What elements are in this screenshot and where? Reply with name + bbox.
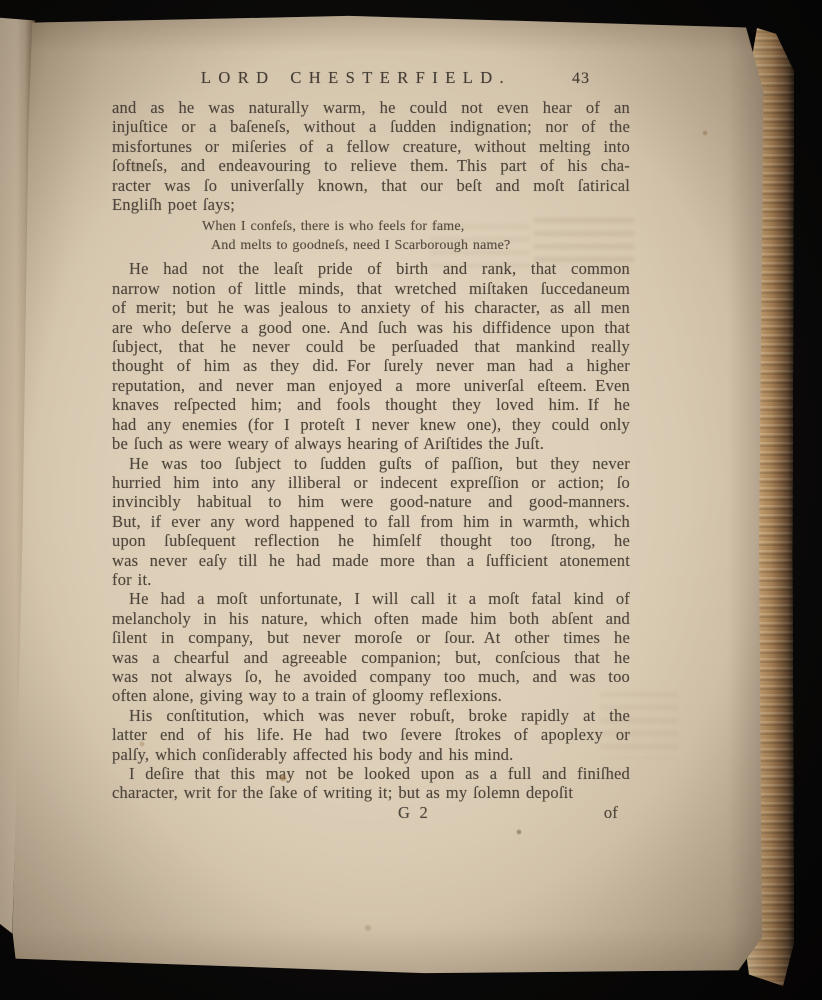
text-line: thought of him as they did. For ſurely n…: [112, 356, 630, 375]
text-line: But, if ever any word happened to fall f…: [112, 512, 630, 531]
text-line: palſy, which conſiderably affected his b…: [112, 745, 630, 764]
text-line: reputation, and never man enjoyed a more…: [112, 376, 630, 395]
paragraph-continuation: and as he was naturally warm, he could n…: [112, 98, 630, 214]
running-header-title: LORD CHESTERFIELD.: [112, 68, 630, 87]
text-line: be ſuch as were weary of always hearing …: [112, 434, 630, 453]
running-header: LORD CHESTERFIELD. 43: [112, 68, 630, 94]
text-line: Engliſh poet ſays;: [112, 195, 630, 214]
signature-mark: G 2: [398, 803, 430, 822]
paragraph-constitution: His conſtitution, which was never robuſt…: [112, 706, 630, 764]
page-number: 43: [572, 69, 590, 88]
printed-text-block: LORD CHESTERFIELD. 43 and as he was natu…: [112, 68, 630, 823]
text-line: for it.: [112, 570, 630, 589]
text-line: upon ſubſequent reflection he himſelf th…: [112, 531, 630, 550]
text-line: had any enemies (for I proteſt I never k…: [112, 415, 630, 434]
book-photograph: LORD CHESTERFIELD. 43 and as he was natu…: [0, 0, 822, 1000]
text-line: I deſire that this may not be looked upo…: [112, 764, 630, 783]
text-line: His conſtitution, which was never robuſt…: [112, 706, 630, 725]
text-line: hurried him into any illiberal or indece…: [112, 473, 630, 492]
text-line: was not always ſo, he avoided company to…: [112, 667, 630, 686]
text-line: When I confeſs, there is who feels for f…: [202, 218, 630, 237]
text-line: character, writ for the ſake of writing …: [112, 783, 630, 802]
paragraph-pride-of-birth: He had not the leaſt pride of birth and …: [112, 259, 630, 453]
paragraph-melancholy: He had a moſt unfortunate, I will call i…: [112, 589, 630, 705]
text-line: invincibly habitual to him were good-nat…: [112, 492, 630, 511]
text-line: latter end of his life. He had two ſever…: [112, 725, 630, 744]
text-line: was a chearful and agreeable companion; …: [112, 648, 630, 667]
text-line: racter was ſo univerſally known, that ou…: [112, 176, 630, 195]
text-line: He had not the leaſt pride of birth and …: [112, 259, 630, 278]
text-line: And melts to goodneſs, need I Scarboroug…: [202, 237, 630, 256]
text-line: often alone, giving way to a train of gl…: [112, 686, 630, 705]
paragraph-desire: I deſire that this may not be looked upo…: [112, 764, 630, 803]
text-line: melancholy in his nature, which often ma…: [112, 609, 630, 628]
text-line: misfortunes or miſeries of a fellow crea…: [112, 137, 630, 156]
text-line: and as he was naturally warm, he could n…: [112, 98, 630, 117]
text-line: knaves reſpected him; and fools thought …: [112, 395, 630, 414]
text-line: He had a moſt unfortunate, I will call i…: [112, 589, 630, 608]
text-line: narrow notion of little minds, that wret…: [112, 279, 630, 298]
text-line: was never eaſy till he had made more tha…: [112, 551, 630, 570]
text-line: injuſtice or a baſeneſs, without a ſudde…: [112, 117, 630, 136]
verse-quotation: When I confeſs, there is who feels for f…: [202, 218, 630, 255]
paragraph-gusts-of-passion: He was too ſubject to ſudden guſts of pa…: [112, 454, 630, 590]
text-line: are who deſerve a good one. And ſuch was…: [112, 318, 630, 337]
text-line: ſubject, that he never could be perſuade…: [112, 337, 630, 356]
text-line: of merit; but he was jealous to anxiety …: [112, 298, 630, 317]
text-line: ſoftneſs, and endeavouring to relieve th…: [112, 156, 630, 175]
text-line: He was too ſubject to ſudden guſts of pa…: [112, 454, 630, 473]
catchword: of: [604, 803, 618, 822]
text-line: ſilent in company, but never moroſe or ſ…: [112, 628, 630, 647]
signature-line: G 2 of: [112, 803, 630, 823]
